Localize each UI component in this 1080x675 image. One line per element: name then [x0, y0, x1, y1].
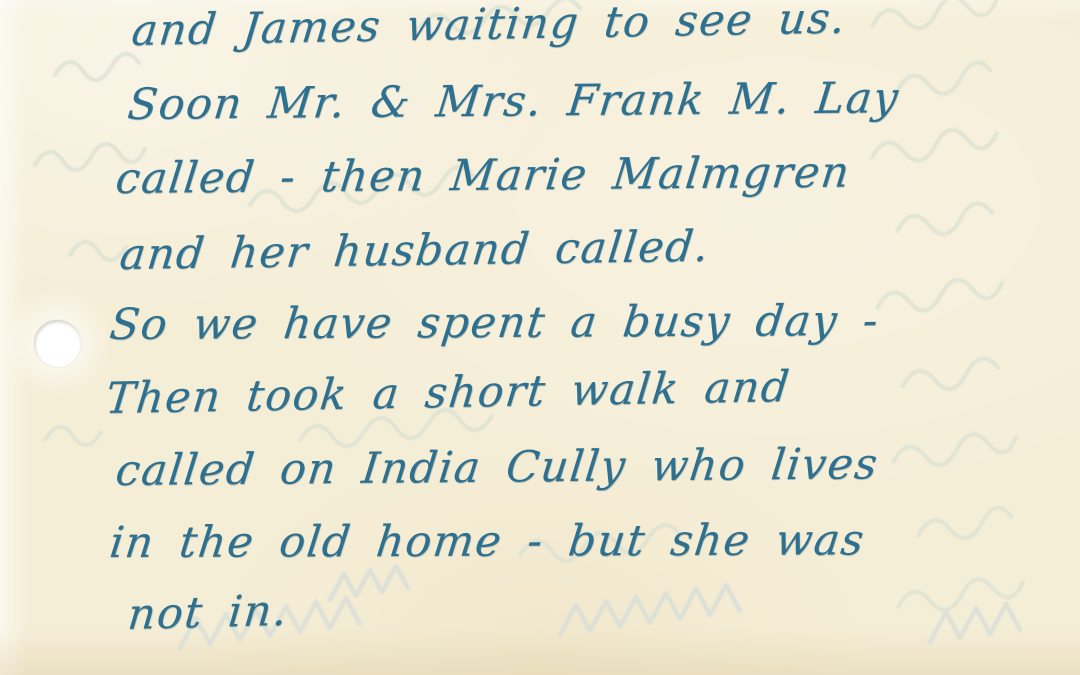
handwritten-line: and her husband called.	[117, 222, 712, 280]
handwritten-line: not in.	[126, 586, 291, 640]
punch-hole	[34, 320, 81, 367]
letter-page: and James waiting to see us. Soon Mr. & …	[0, 0, 1080, 675]
handwritten-line: called on India Cully who lives	[113, 439, 881, 496]
handwritten-line: Soon Mr. & Mrs. Frank M. Lay	[125, 73, 902, 130]
handwritten-line: in the old home - but she was	[107, 515, 868, 568]
handwritten-line: So we have spent a busy day -	[107, 296, 882, 350]
handwritten-line: called - then Marie Malmgren	[113, 148, 853, 204]
